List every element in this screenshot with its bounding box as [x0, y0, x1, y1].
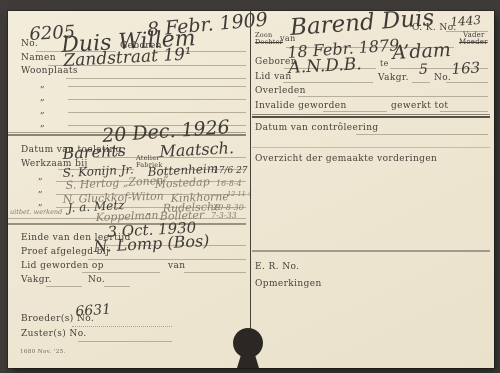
ruled-line [283, 82, 373, 83]
ruled-line [46, 286, 82, 287]
atelier-value: Maatsch. [159, 138, 234, 161]
gewerkt-tot-label: gewerkt tot [391, 101, 448, 111]
vakgr-value: 5 [419, 62, 428, 78]
ditto-mark: „ [40, 119, 44, 129]
lid-van-label: Lid van [255, 72, 292, 82]
ditto-mark: „ [38, 198, 42, 208]
ruled-line [298, 96, 488, 97]
moeder-label: Moeder [459, 38, 488, 46]
ruled-line [82, 272, 160, 273]
ditto-mark: „ [38, 172, 42, 182]
overzicht-label: Overzicht der gemaakte vorderingen [255, 154, 437, 164]
no-label-left2: No. [88, 275, 105, 285]
employer-value: Barents [62, 141, 126, 163]
ruled-line [446, 82, 488, 83]
union-number-value: 163 [451, 59, 481, 78]
ruled-line [68, 112, 246, 113]
er-no-label: E. R. No. [255, 262, 299, 272]
father-name-value: Barend Duis [289, 5, 435, 41]
scan-background: No. 6205 Geboren 8 Febr. 1909 Namen Duis… [0, 0, 500, 373]
overleden-label: Overleden [255, 86, 306, 96]
te-label: te [380, 59, 389, 68]
registration-card: No. 6205 Geboren 8 Febr. 1909 Namen Duis… [8, 11, 494, 368]
invalide-label: Invalide geworden [255, 101, 347, 111]
ruled-line [66, 78, 246, 79]
lid-geworden-label: Lid geworden op [21, 261, 104, 271]
employer-row-date: 12-11-4 [227, 190, 252, 198]
employer-row-date: 17/6 27 [213, 166, 248, 176]
union-value: A.N.D.B. [288, 54, 362, 78]
zusters-label: Zuster(s) No. [21, 329, 87, 339]
employer-row-date: 16-8-4 [216, 179, 242, 188]
ok-no-value: 1443 [450, 13, 481, 29]
margin-note: uitbet. werkend [10, 208, 62, 216]
section-divider [252, 250, 490, 252]
vakgr-label-right: Vakgr. [378, 73, 409, 83]
ditto-mark: „ [40, 106, 44, 116]
controleering-label: Datum van contrôleering [255, 123, 379, 133]
ditto-mark: „ [40, 80, 44, 90]
birthplace-value: A’dam [392, 39, 452, 64]
ruled-line [412, 82, 430, 83]
section-divider [252, 114, 490, 115]
ruled-line [72, 326, 172, 327]
ruled-line [356, 134, 488, 135]
print-code: 1680 Nov. '25. [20, 349, 66, 355]
vakgr-label-left: Vakgr. [21, 275, 52, 285]
ruled-line [78, 341, 172, 342]
ruled-line [184, 272, 246, 273]
opmerkingen-label: Opmerkingen [255, 279, 322, 289]
section-divider-thick [252, 116, 490, 118]
ruled-line [323, 111, 387, 112]
ruled-line [440, 111, 488, 112]
ruled-line [68, 86, 246, 87]
ruled-line [68, 99, 246, 100]
namen-label: Namen [21, 53, 56, 63]
column-divider-line [250, 11, 252, 332]
brothers-number-value: 6631 [75, 302, 112, 320]
ruled-line [252, 147, 490, 148]
van-label: van [168, 261, 185, 271]
dochter-label: Dochter [255, 38, 283, 46]
ruled-line [104, 286, 130, 287]
ditto-mark: „ [40, 93, 44, 103]
employer-row-date: 7-3-33 [211, 211, 237, 220]
ruled-line [88, 259, 246, 260]
ditto-mark: „ [38, 185, 42, 195]
